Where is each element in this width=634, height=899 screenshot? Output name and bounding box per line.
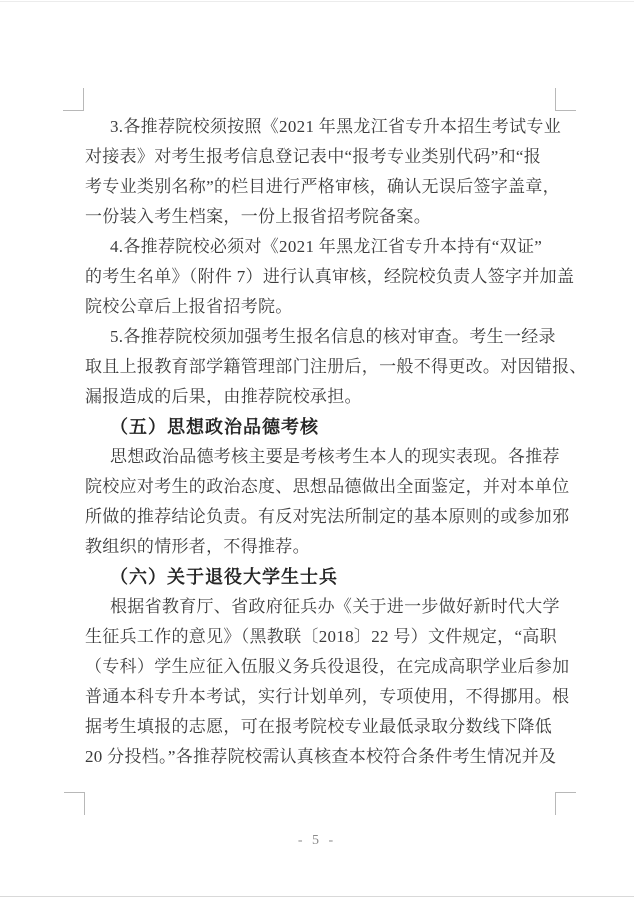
body-text-line: 根据省教育厅、省政府征兵办《关于进一步做好新时代大学 bbox=[85, 592, 565, 622]
body-text-line: 院校公章后上报省招考院。 bbox=[85, 292, 565, 322]
body-text-line: 院校应对考生的政治态度、思想品德做出全面鉴定，并对本单位 bbox=[85, 472, 565, 502]
page-number: - 5 - bbox=[0, 833, 634, 849]
body-text-line: 20 分投档。”各推荐院校需认真核查本校符合条件考生情况并及 bbox=[85, 742, 565, 772]
body-text-line: （专科）学生应征入伍服义务兵役退役，在完成高职学业后参加 bbox=[85, 652, 565, 682]
body-text-line: 对接表》对考生报考信息登记表中“报考专业类别代码”和“报 bbox=[85, 142, 565, 172]
body-text-line: 4.各推荐院校必须对《2021 年黑龙江省专升本持有“双证” bbox=[85, 232, 565, 262]
body-text-line: 5.各推荐院校须加强考生报名信息的核对审查。考生一经录 bbox=[85, 322, 565, 352]
page-bottom-edge bbox=[0, 896, 634, 897]
body-text-line: 的考生名单》（附件 7）进行认真审核，经院校负责人签字并加盖 bbox=[85, 262, 565, 292]
body-text-line: 生征兵工作的意见》（黑教联〔2018〕22 号）文件规定，“高职 bbox=[85, 622, 565, 652]
body-text-line: 教组织的情形者，不得推荐。 bbox=[85, 532, 565, 562]
document-content: 3.各推荐院校须按照《2021 年黑龙江省专升本招生考试专业对接表》对考生报考信… bbox=[85, 112, 565, 772]
body-text-line: 考专业类别名称”的栏目进行严格审核，确认无误后签字盖章， bbox=[85, 172, 565, 202]
crop-mark-bottom-left bbox=[64, 792, 85, 815]
section-heading-line: （六）关于退役大学生士兵 bbox=[85, 562, 565, 592]
body-text-line: 一份装入考生档案，一份上报省招考院备案。 bbox=[85, 202, 565, 232]
section-heading-line: （五）思想政治品德考核 bbox=[85, 412, 565, 442]
page-top-edge bbox=[0, 1, 634, 2]
crop-mark-top-right bbox=[555, 88, 576, 111]
body-text-line: 3.各推荐院校须按照《2021 年黑龙江省专升本招生考试专业 bbox=[85, 112, 565, 142]
body-text-line: 思想政治品德考核主要是考核考生本人的现实表现。各推荐 bbox=[85, 442, 565, 472]
crop-mark-bottom-right bbox=[555, 792, 576, 815]
body-text-line: 普通本科专升本考试，实行计划单列，专项使用，不得挪用。根 bbox=[85, 682, 565, 712]
body-text-line: 所做的推荐结论负责。有反对宪法所制定的基本原则的或参加邪 bbox=[85, 502, 565, 532]
document-page: 3.各推荐院校须按照《2021 年黑龙江省专升本招生考试专业对接表》对考生报考信… bbox=[0, 0, 634, 899]
body-text-line: 据考生填报的志愿，可在报考院校专业最低录取分数线下降低 bbox=[85, 712, 565, 742]
crop-mark-top-left bbox=[63, 88, 84, 111]
body-text-line: 漏报造成的后果，由推荐院校承担。 bbox=[85, 382, 565, 412]
body-text-line: 取且上报教育部学籍管理部门注册后，一般不得更改。对因错报、 bbox=[85, 352, 565, 382]
